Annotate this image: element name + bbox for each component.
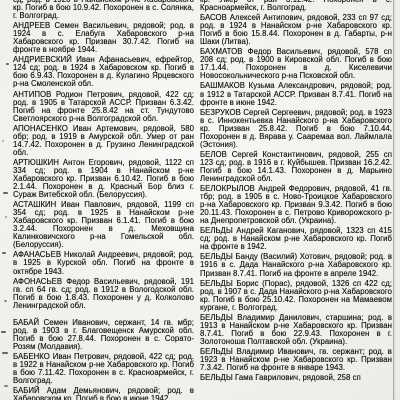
entry-belokrylov: БЕЛОКРЫЛОВ Андрей Федорович, рядовой, 41… [200,185,392,225]
scan-speck [4,385,8,387]
entry-beldy-bandu: БЕЛЬДЫ Банду (Василий) Хотович, рядовой;… [200,253,392,277]
entry-afonasyev: АФОНАСЬЕВ Федор Васильевич, рядовой, 191… [13,278,194,310]
entry-aponasenko: АПОНАСЕНКО Иван Артемович, рядовой, 580 … [13,125,194,157]
entry-beldy-boris: БЕЛЬДЫ Борис (Порас), рядовой, 1326 сп 4… [200,280,392,312]
entry-babay: БАБАЙ Семен Иванович, сержант, 14 гв. мб… [13,319,194,351]
entry-andreev: АНДРЕЕВ Семен Васильевич, рядовой; род. … [13,22,194,54]
scan-speck [2,252,6,254]
entry-andrievskiy: АНДРИЕВСКИЙ Иван Афанасьевич, ефрейтор, … [13,56,194,88]
right-column: кр. Умер от ран 3.12.42. Похоронен в с. … [200,0,392,400]
entry-belov: БЕЛОВ Сергей Константинович, рядовой, 25… [200,151,392,183]
entry-babenko: БАБЕНКО Иван Петрович, рядовой, 422 сд; … [13,353,194,385]
scan-speck [2,352,8,354]
entry-beldy-vladimir-i: БЕЛЬДЫ Владимир Иванович, гв. сержант; р… [200,348,392,372]
scan-speck [1,331,6,333]
entry-bezrukov: БЕЗРУКОВ Сергей Сергеевич, рядовой; род.… [200,109,392,149]
entry-antipov: АНТИПОВ Родион Петрович, рядовой, 422 сд… [13,91,194,123]
scan-speck [6,63,9,65]
entry-astashkin: АСТАШКИН Иван Павлович, рядовой, 1199 сп… [13,201,194,249]
scan-speck [5,216,7,218]
entry-beldy-gama-fragment: БЕЛЬДЫ Гама Гаврилович, рядовой, 258 сп [200,374,392,382]
entry-afanasyev: АФАНАСЬЕВ Николай Андреевич, рядовой; ро… [13,251,194,275]
entry-bashmakov: БАШМАКОВ Кузьма Александрович, рядовой; … [200,82,392,106]
entry-babiy: БАБИЙ Адам Демьянович, рядовой; род. в Х… [13,387,194,400]
scan-speck [4,300,7,302]
entry-fragment-top: кр. Умер от ран 3.12.42. Похоронен в с. … [200,0,392,12]
left-column: сд; род. в 1920 в Нанайском р-не Хабаров… [13,0,194,400]
entry-artyushkin: АРТЮШКИН Антон Егорович, рядовой, 1122 с… [13,159,194,199]
entry-basov: БАСОВ Алексей Антипович, рядовой, 233 сп… [200,14,392,46]
scanned-page: сд; род. в 1920 в Нанайском р-не Хабаров… [0,0,400,400]
text-columns: сд; род. в 1920 в Нанайском р-не Хабаров… [13,0,392,400]
scan-speck [2,140,4,142]
page-edge-line [393,0,394,400]
scan-speck [3,192,8,194]
entry-beldy-vladimir-d: БЕЛЬДЫ Владимир Данилович, старшина; род… [200,314,392,346]
entry-beldy-andrey: БЕЛЬДЫ Андрей Каганович, рядовой, 1323 с… [200,227,392,251]
entry-bakhmatov: БАХМАТОВ Федор Васильевич, рядовой, 578 … [200,48,392,80]
entry-fragment-top: сд; род. в 1920 в Нанайском р-не Хабаров… [13,0,194,20]
